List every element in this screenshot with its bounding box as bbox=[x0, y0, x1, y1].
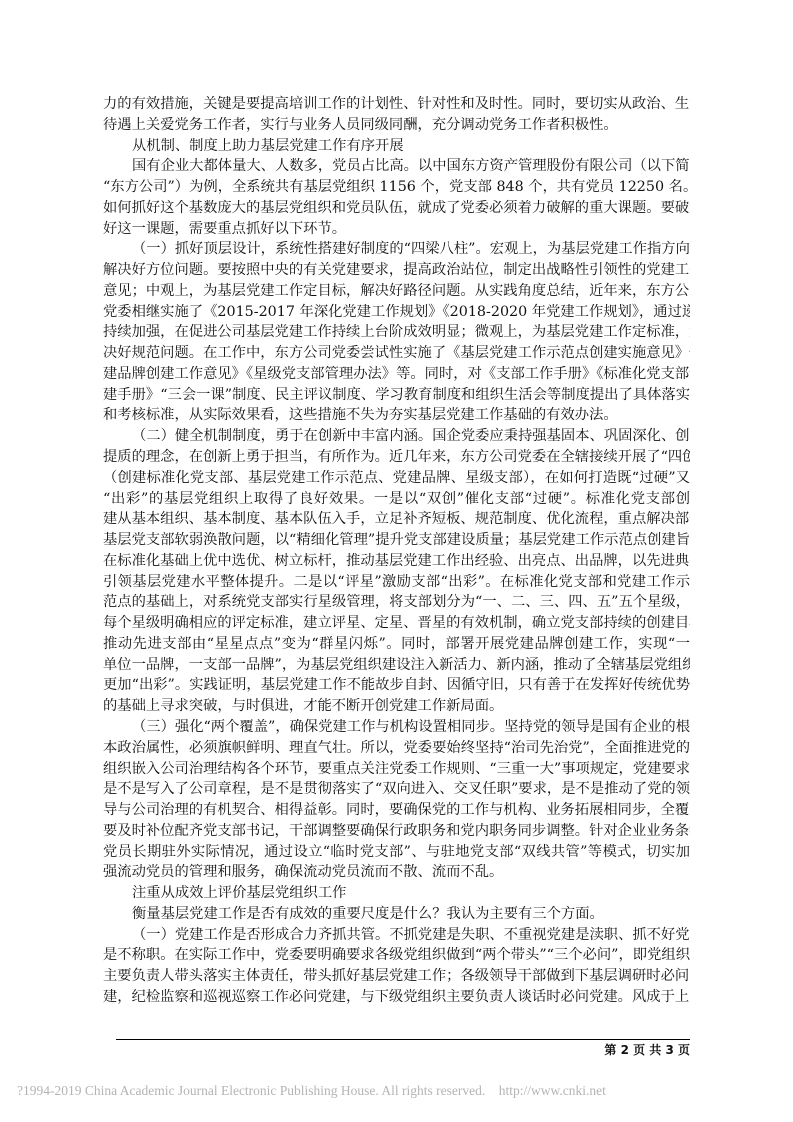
paragraph: 国有企业大都体量大、人数多，党员占比高。以中国东方资产管理股份有限公司（以下简称… bbox=[103, 156, 690, 239]
text-line: （二）健全机制制度，勇于在创新中丰富内涵。国企党委应秉持强基固本、巩固深化、创新 bbox=[103, 426, 690, 447]
page-number: 第 2 页 共 3 页 bbox=[604, 1042, 690, 1058]
text-line: 衡量基层党建工作是否有成效的重要尺度是什么？我认为主要有三个方面。 bbox=[103, 904, 690, 925]
paragraph: 力的有效措施，关键是要提高培训工作的计划性、针对性和及时性。同时，要切实从政治、… bbox=[103, 94, 690, 136]
text-line: 建品牌创建工作意见》《星级党支部管理办法》等。同时，对《支部工作手册》《标准化党… bbox=[103, 364, 690, 385]
text-line: 引领基层党建水平整体提升。二是以“评星”激励支部“出彩”。在标准化党支部和党建工… bbox=[103, 572, 690, 593]
text-line: 建，纪检监察和巡视巡察工作必问党建，与下级党组织主要负责人谈话时必问党建。风成于… bbox=[103, 987, 690, 1008]
text-line: 如何抓好这个基数庞大的基层党组织和党员队伍，就成了党委必须着力破解的重大课题。要… bbox=[103, 198, 690, 219]
text-line: 单位一品牌，一支部一品牌”，为基层党组织建设注入新活力、新内涵，推动了全辖基层党… bbox=[103, 655, 690, 676]
text-line: 是不是写入了公司章程，是不是贯彻落实了“双向进入、交叉任职”要求，是不是推动了党… bbox=[103, 779, 690, 800]
text-line: 是不称职。在实际工作中，党委要明确要求各级党组织做到“两个带头”“三个必问”，即… bbox=[103, 945, 690, 966]
text-line: 从机制、制度上助力基层党建工作有序开展 bbox=[103, 136, 690, 157]
text-line: （一）党建工作是否形成合力齐抓共管。不抓党建是失职、不重视党建是渎职、抓不好党建 bbox=[103, 925, 690, 946]
copyright-watermark: ?1994-2019 China Academic Journal Electr… bbox=[17, 1083, 606, 1099]
paragraph: （三）强化“两个覆盖”，确保党建工作与机构设置相同步。坚持党的领导是国有企业的根… bbox=[103, 717, 690, 883]
text-line: 决好规范问题。在工作中，东方公司党委尝试性实施了《基层党建工作示范点创建实施意见… bbox=[103, 343, 690, 364]
text-line: 要及时补位配齐党支部书记，干部调整要确保行政职务和党内职务同步调整。针对企业业务… bbox=[103, 821, 690, 842]
text-line: 解决好方位问题。要按照中央的有关党建要求，提高政治站位，制定出战略性引领性的党建… bbox=[103, 260, 690, 281]
text-line: 的基础上寻求突破，与时俱进，才能不断开创党建工作新局面。 bbox=[103, 696, 690, 717]
text-line: 范点的基础上，对系统党支部实行星级管理，将支部划分为“一、二、三、四、五”五个星… bbox=[103, 592, 690, 613]
text-line: 更加“出彩”。实践证明，基层党建工作不能故步自封、因循守旧，只有善于在发挥好传统… bbox=[103, 675, 690, 696]
text-line: 推动先进支部由“星星点点”变为“群星闪烁”。同时，部署开展党建品牌创建工作，实现… bbox=[103, 634, 690, 655]
text-line: “东方公司”）为例，全系统共有基层党组织 1156 个，党支部 848 个，共有… bbox=[103, 177, 690, 198]
text-line: 好这一课题，需要重点抓好以下环节。 bbox=[103, 219, 690, 240]
text-line: （三）强化“两个覆盖”，确保党建工作与机构设置相同步。坚持党的领导是国有企业的根 bbox=[103, 717, 690, 738]
paragraph: （一）抓好顶层设计，系统性搭建好制度的“四梁八柱”。宏观上，为基层党建工作指方向… bbox=[103, 239, 690, 426]
text-line: （创建标准化党支部、基层党建工作示范点、党建品牌、星级支部），在如何打造既“过硬… bbox=[103, 468, 690, 489]
text-line: 党员长期驻外实际情况，通过设立“临时党支部”、与驻地党支部“双线共管”等模式，切… bbox=[103, 842, 690, 863]
text-line: 组织嵌入公司治理结构各个环节，要重点关注党委工作规则、“三重一大”事项规定，党建… bbox=[103, 759, 690, 780]
text-line: 注重从成效上评价基层党组织工作 bbox=[103, 883, 690, 904]
section-heading: 从机制、制度上助力基层党建工作有序开展 bbox=[103, 136, 690, 157]
paragraph: （二）健全机制制度，勇于在创新中丰富内涵。国企党委应秉持强基固本、巩固深化、创新… bbox=[103, 426, 690, 717]
text-line: “出彩”的基层党组织上取得了良好效果。一是以“双创”催化支部“过硬”。标准化党支… bbox=[103, 489, 690, 510]
text-line: 本政治属性，必须旗帜鲜明、理直气壮。所以，党委要始终坚持“治司先治党”，全面推进… bbox=[103, 738, 690, 759]
text-line: 党委相继实施了《2015-2017 年深化党建工作规划》《2018-2020 年… bbox=[103, 302, 690, 323]
paragraph: 衡量基层党建工作是否有成效的重要尺度是什么？我认为主要有三个方面。 bbox=[103, 904, 690, 925]
text-line: 意见；中观上，为基层党建工作定目标，解决好路径问题。从实践角度总结，近年来，东方… bbox=[103, 281, 690, 302]
text-line: 建从基本组织、基本制度、基本队伍入手，立足补齐短板、规范制度、优化流程，重点解决… bbox=[103, 509, 690, 530]
text-line: 强流动党员的管理和服务，确保流动党员流而不散、流而不乱。 bbox=[103, 862, 690, 883]
section-heading: 注重从成效上评价基层党组织工作 bbox=[103, 883, 690, 904]
text-line: 国有企业大都体量大、人数多，党员占比高。以中国东方资产管理股份有限公司（以下简称 bbox=[103, 156, 690, 177]
footer-divider bbox=[116, 1039, 690, 1040]
paragraph: （一）党建工作是否形成合力齐抓共管。不抓党建是失职、不重视党建是渎职、抓不好党建… bbox=[103, 925, 690, 1008]
text-line: 待遇上关爱党务工作者，实行与业务人员同级同酬，充分调动党务工作者积极性。 bbox=[103, 115, 690, 136]
text-line: 在标准化基础上优中选优、树立标杆，推动基层党建工作出经验、出亮点、出品牌，以先进… bbox=[103, 551, 690, 572]
document-body: 力的有效措施，关键是要提高培训工作的计划性、针对性和及时性。同时，要切实从政治、… bbox=[103, 94, 690, 1008]
text-line: 持续加强，在促进公司基层党建工作持续上台阶成效明显；微观上，为基层党建工作定标准… bbox=[103, 322, 690, 343]
text-line: 提质的理念，在创新上勇于担当，有所作为。近几年来，东方公司党委在全辖接续开展了“… bbox=[103, 447, 690, 468]
text-line: 导与公司治理的有机契合、相得益彰。同时，要确保党的工作与机构、业务拓展相同步，全… bbox=[103, 800, 690, 821]
text-line: （一）抓好顶层设计，系统性搭建好制度的“四梁八柱”。宏观上，为基层党建工作指方向… bbox=[103, 239, 690, 260]
text-line: 和考核标准，从实际效果看，这些措施不失为夯实基层党建工作基础的有效办法。 bbox=[103, 405, 690, 426]
text-line: 主要负责人带头落实主体责任，带头抓好基层党建工作；各级领导干部做到下基层调研时必… bbox=[103, 966, 690, 987]
text-line: 力的有效措施，关键是要提高培训工作的计划性、针对性和及时性。同时，要切实从政治、… bbox=[103, 94, 690, 115]
text-line: 每个星级明确相应的评定标准，建立评星、定星、晋星的有效机制，确立党支部持续的创建… bbox=[103, 613, 690, 634]
text-line: 建手册》“三会一课”制度、民主评议制度、学习教育制度和组织生活会等制度提出了具体… bbox=[103, 385, 690, 406]
text-line: 基层党支部软弱涣散问题，以“精细化管理”提升党支部建设质量；基层党建工作示范点创… bbox=[103, 530, 690, 551]
